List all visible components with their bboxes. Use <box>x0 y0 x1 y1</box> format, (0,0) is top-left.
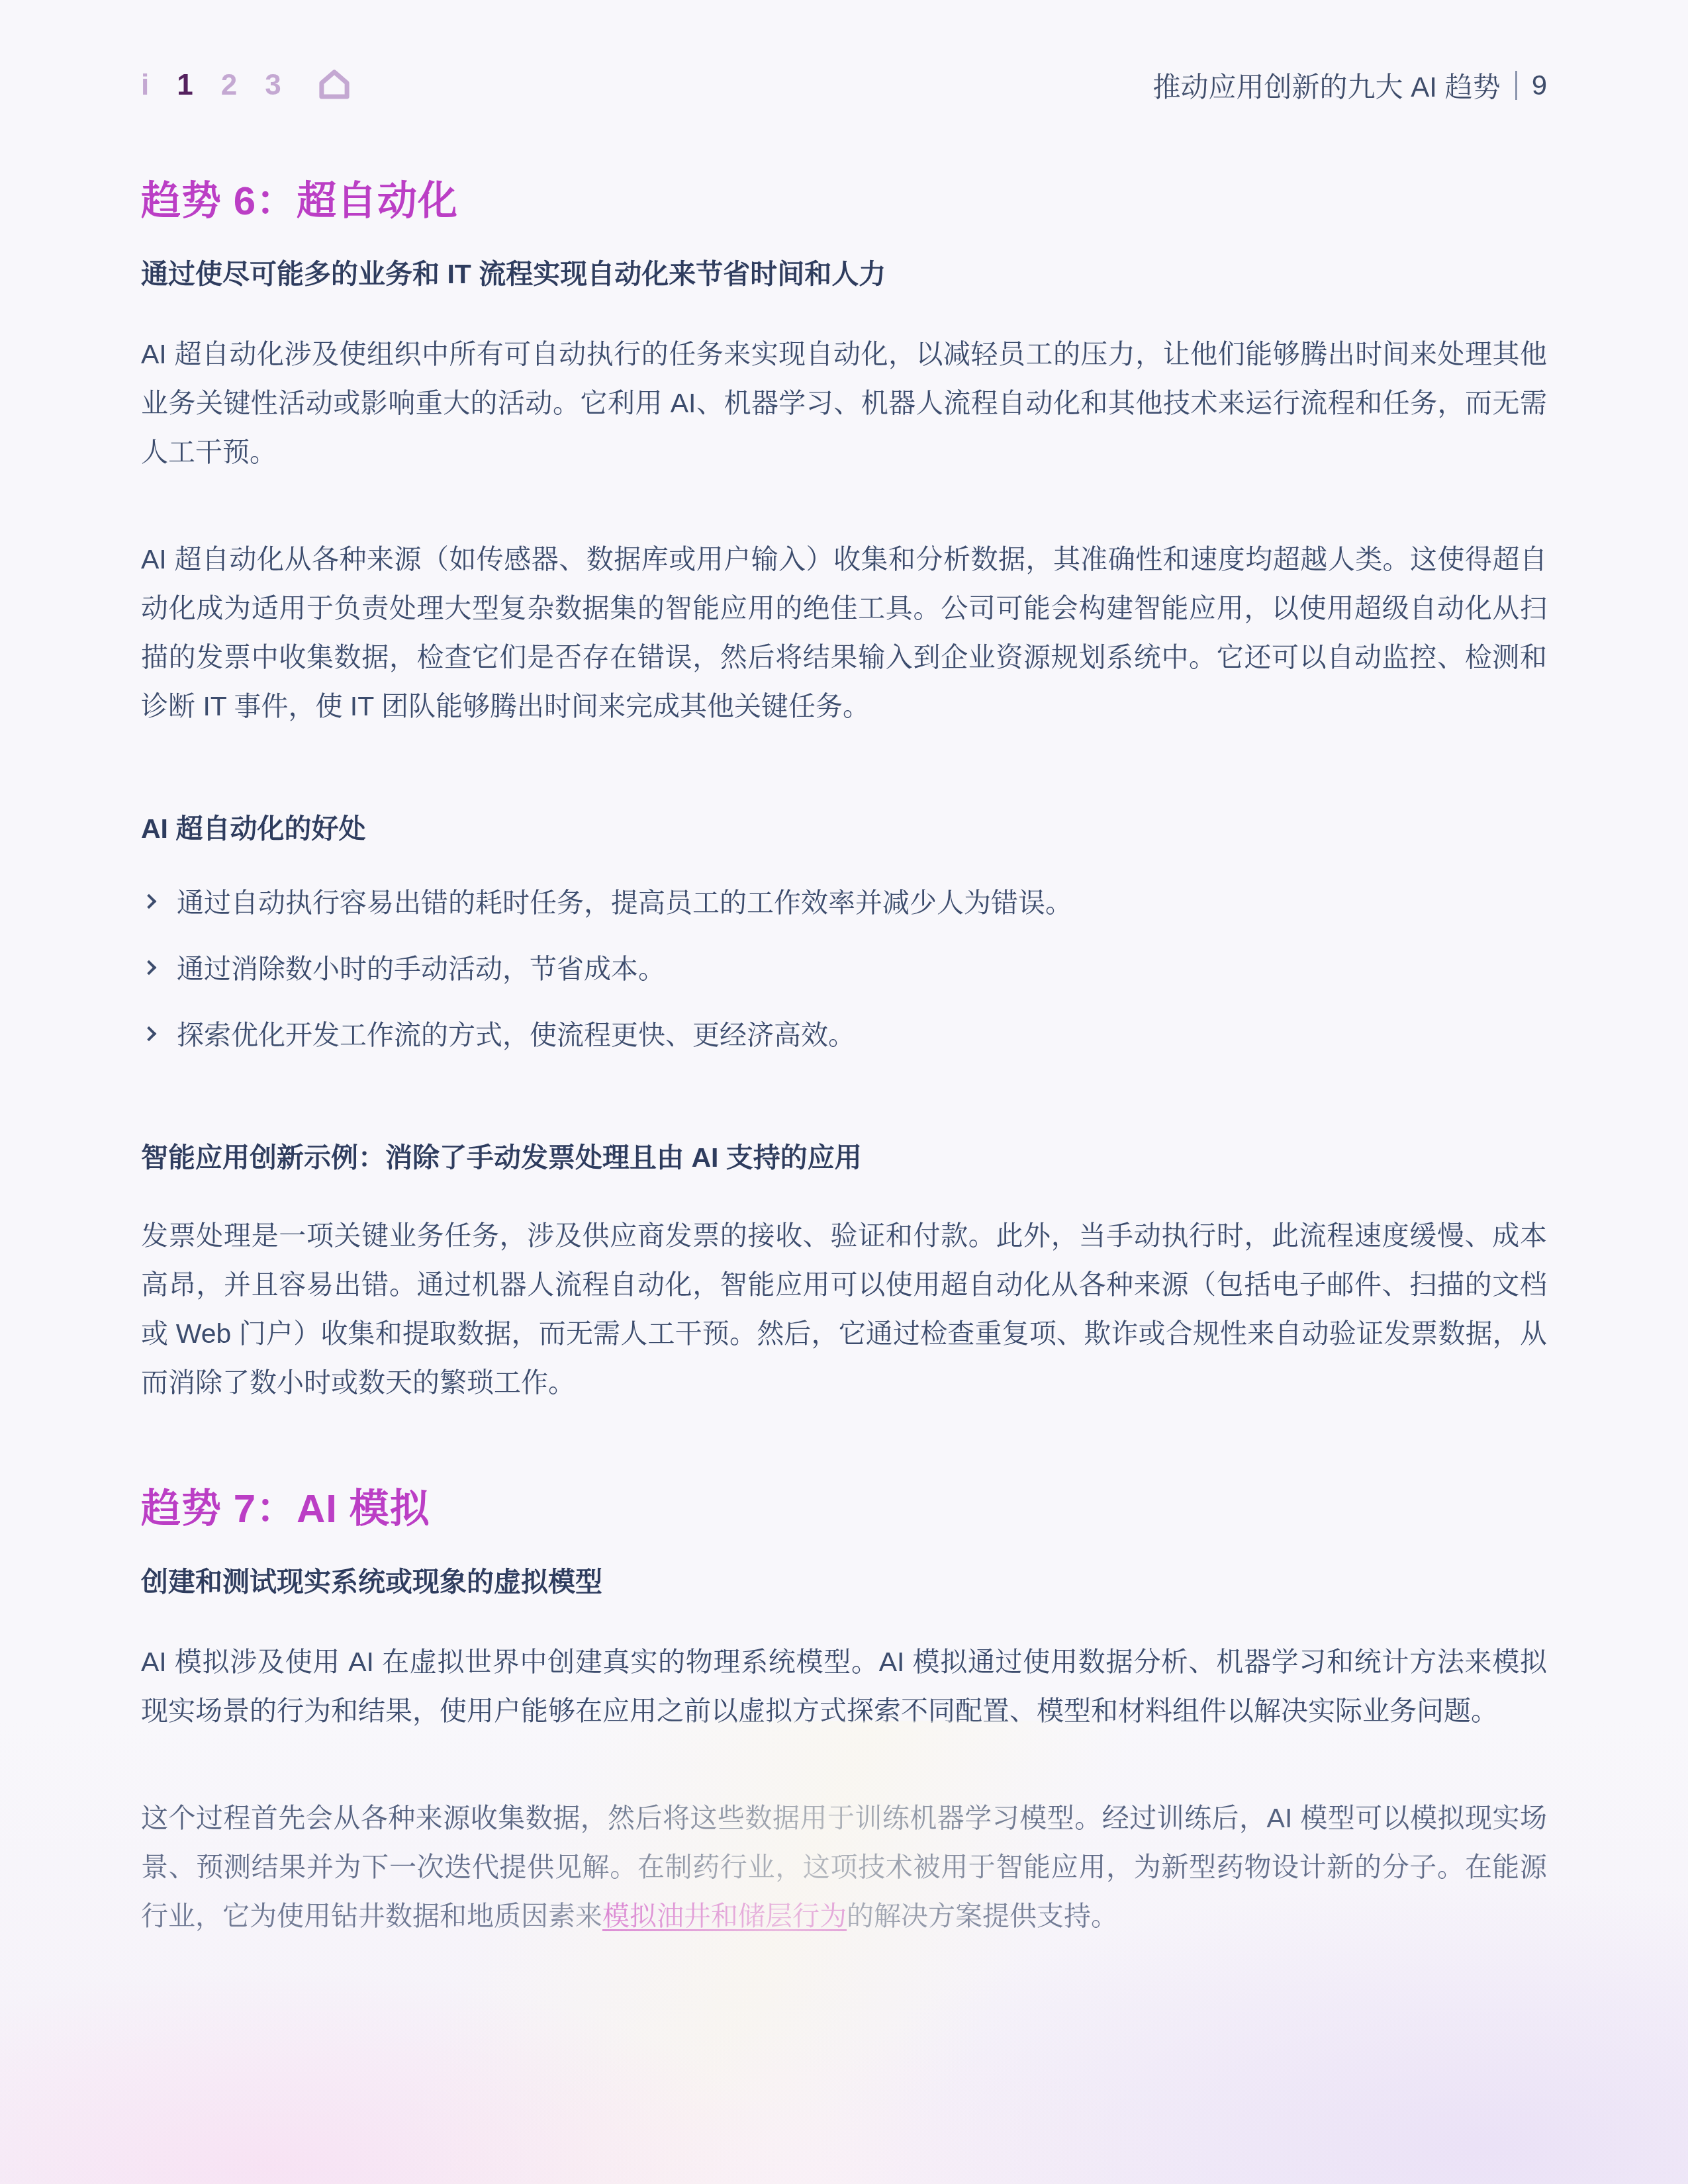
page-header: i 1 2 3 推动应用创新的九大 AI 趋势 9 <box>141 65 1547 106</box>
trend7-title: 趋势 7：AI 模拟 <box>141 1485 1547 1533</box>
header-separator <box>1515 71 1517 100</box>
trend6-subtitle: 通过使尽可能多的业务和 IT 流程实现自动化来节省时间和人力 <box>141 254 1547 295</box>
main-content: 趋势 6：超自动化 通过使尽可能多的业务和 IT 流程实现自动化来节省时间和人力… <box>141 177 1547 1940</box>
benefit-text: 探索优化开发工作流的方式，使流程更快、更经济高效。 <box>177 1011 855 1060</box>
benefit-text: 通过自动执行容易出错的耗时任务，提高员工的工作效率并减少人为错误。 <box>177 878 1072 927</box>
paragraph-text: 的解决方案提供支持。 <box>847 1901 1118 1931</box>
nav-item-3[interactable]: 3 <box>265 71 281 100</box>
header-running-title: 推动应用创新的九大 AI 趋势 9 <box>1153 66 1547 105</box>
trend7-subtitle: 创建和测试现实系统或现象的虚拟模型 <box>141 1562 1547 1603</box>
nav-item-2[interactable]: 2 <box>221 71 237 100</box>
chevron-bullet-icon <box>142 960 157 976</box>
home-icon[interactable] <box>313 65 355 106</box>
list-item: 通过消除数小时的手动活动，节省成本。 <box>141 944 1547 993</box>
page-number: 9 <box>1532 69 1547 101</box>
document-page: i 1 2 3 推动应用创新的九大 AI 趋势 9 趋势 6：超自动化 通过使尽… <box>0 0 1688 2184</box>
nav-item-1[interactable]: 1 <box>177 71 193 100</box>
page-nav: i 1 2 3 <box>141 65 355 106</box>
trend6-paragraph-1: AI 超自动化涉及使组织中所有可自动执行的任务来实现自动化，以减轻员工的压力，让… <box>141 330 1547 477</box>
benefits-heading: AI 超自动化的好处 <box>141 810 1547 848</box>
benefit-text: 通过消除数小时的手动活动，节省成本。 <box>177 944 665 993</box>
benefits-list: 通过自动执行容易出错的耗时任务，提高员工的工作效率并减少人为错误。 通过消除数小… <box>141 878 1547 1060</box>
example-heading: 智能应用创新示例：消除了手动发票处理且由 AI 支持的应用 <box>141 1139 1547 1177</box>
list-item: 探索优化开发工作流的方式，使流程更快、更经济高效。 <box>141 1011 1547 1060</box>
list-item: 通过自动执行容易出错的耗时任务，提高员工的工作效率并减少人为错误。 <box>141 878 1547 927</box>
example-paragraph: 发票处理是一项关键业务任务，涉及供应商发票的接收、验证和付款。此外，当手动执行时… <box>141 1211 1547 1407</box>
trend6-title: 趋势 6：超自动化 <box>141 177 1547 225</box>
chevron-bullet-icon <box>142 1026 157 1042</box>
trend7-paragraph-1: AI 模拟涉及使用 AI 在虚拟世界中创建真实的物理系统模型。AI 模拟通过使用… <box>141 1637 1547 1735</box>
trend6-paragraph-2: AI 超自动化从各种来源（如传感器、数据库或用户输入）收集和分析数据，其准确性和… <box>141 535 1547 731</box>
simulate-wells-link[interactable]: 模拟油井和储层行为 <box>602 1901 847 1931</box>
nav-item-intro[interactable]: i <box>141 71 149 100</box>
trend7-paragraph-2: 这个过程首先会从各种来源收集数据，然后将这些数据用于训练机器学习模型。经过训练后… <box>141 1794 1547 1940</box>
header-title-text: 推动应用创新的九大 AI 趋势 <box>1153 66 1501 105</box>
chevron-bullet-icon <box>142 894 157 909</box>
